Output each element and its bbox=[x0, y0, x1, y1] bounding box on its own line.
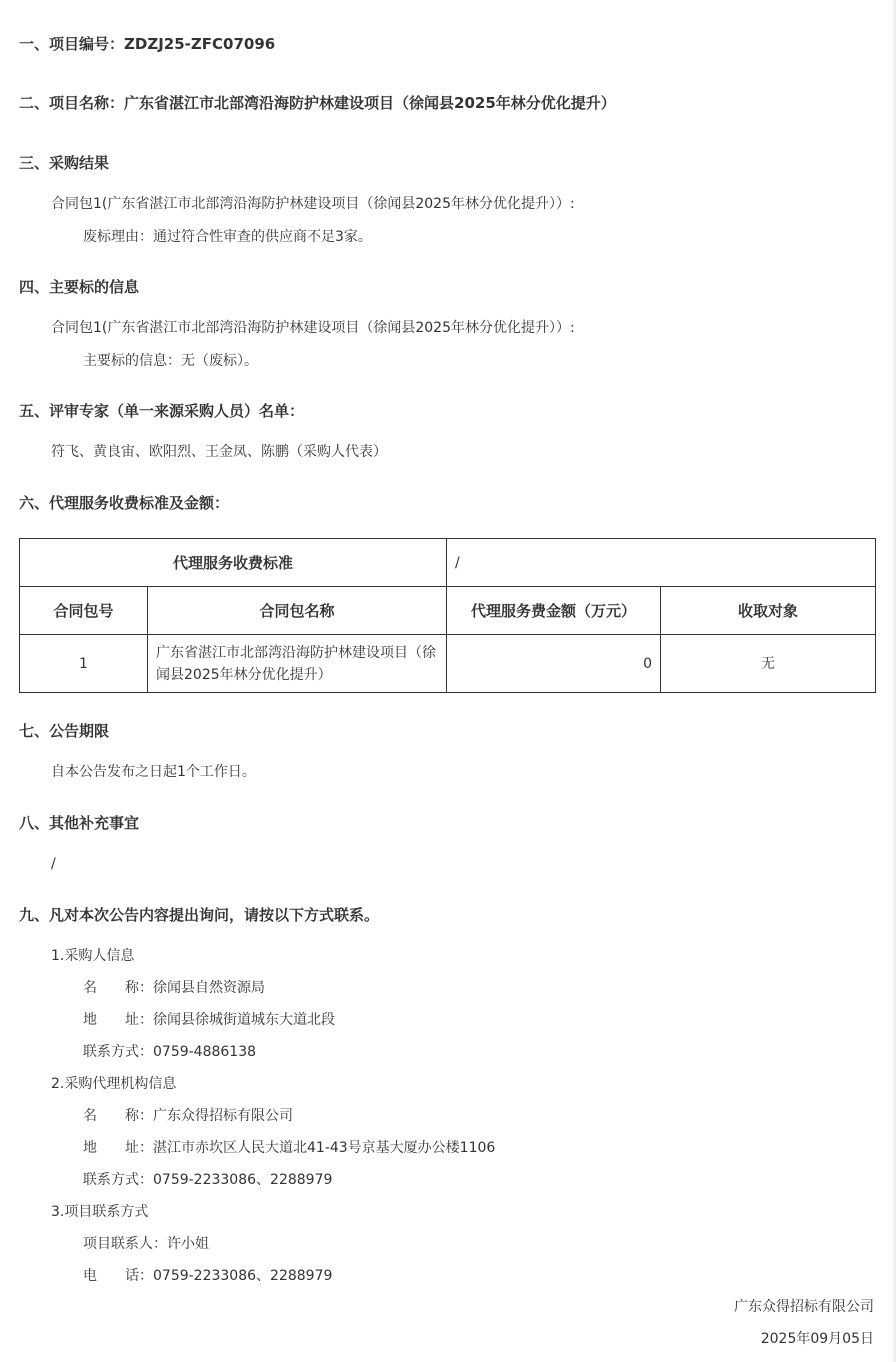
agency-address-row: 地 址：湛江市赤坎区人民大道北41-43号京基大厦办公楼1106 bbox=[83, 1138, 495, 1158]
footer-company: 广东众得招标有限公司 bbox=[734, 1297, 874, 1317]
agency-name-row: 名 称：广东众得招标有限公司 bbox=[83, 1106, 293, 1126]
purchaser-contact-label: 联系方式： bbox=[83, 1044, 153, 1060]
purchaser-address: 徐闻县徐城街道城东大道北段 bbox=[153, 1012, 335, 1028]
project-contact-phone-row: 电 话：0759-2233086、2288979 bbox=[83, 1266, 332, 1286]
agency-contact: 0759-2233086、2288979 bbox=[153, 1172, 332, 1188]
project-contact-person-label: 项目联系人： bbox=[83, 1236, 167, 1252]
project-contact-person-row: 项目联系人：许小姐 bbox=[83, 1234, 209, 1254]
procurement-result-heading: 三、采购结果 bbox=[19, 153, 109, 173]
purchaser-address-row: 地 址：徐闻县徐城街道城东大道北段 bbox=[83, 1010, 335, 1030]
fee-standard-value: / bbox=[447, 539, 876, 587]
header-payer: 收取对象 bbox=[661, 587, 876, 635]
agency-address-label: 地 址： bbox=[83, 1140, 153, 1156]
result-package-line: 合同包1(广东省湛江市北部湾沿海防护林建设项目（徐闻县2025年林分优化提升））… bbox=[51, 194, 575, 214]
fee-standard-row: 代理服务收费标准 / bbox=[20, 539, 876, 587]
subject-detail: 主要标的信息：无（废标）。 bbox=[83, 351, 258, 371]
main-subject-heading: 四、主要标的信息 bbox=[19, 277, 139, 297]
table-row: 1 广东省湛江市北部湾沿海防护林建设项目（徐闻县2025年林分优化提升） 0 无 bbox=[20, 635, 876, 693]
header-package-name: 合同包名称 bbox=[148, 587, 447, 635]
cell-payer: 无 bbox=[661, 635, 876, 693]
result-detail: 废标理由：通过符合性审查的供应商不足3家。 bbox=[83, 227, 372, 247]
contact-heading: 九、凡对本次公告内容提出询问，请按以下方式联系。 bbox=[19, 905, 379, 925]
header-fee-amount: 代理服务费金额（万元） bbox=[447, 587, 661, 635]
project-number-heading: 一、项目编号：ZDZJ25-ZFC07096 bbox=[19, 34, 275, 54]
fee-heading: 六、代理服务收费标准及金额： bbox=[19, 493, 229, 513]
agency-address: 湛江市赤坎区人民大道北41-43号京基大厦办公楼1106 bbox=[153, 1140, 495, 1156]
cell-fee: 0 bbox=[447, 635, 661, 693]
purchaser-name: 徐闻县自然资源局 bbox=[153, 980, 265, 996]
purchaser-name-label: 名 称： bbox=[83, 980, 153, 996]
purchaser-contact: 0759-4886138 bbox=[153, 1044, 256, 1060]
agency-title: 2.采购代理机构信息 bbox=[51, 1074, 176, 1094]
project-contact-person: 许小姐 bbox=[167, 1236, 209, 1252]
agency-name: 广东众得招标有限公司 bbox=[153, 1108, 293, 1124]
agency-contact-row: 联系方式：0759-2233086、2288979 bbox=[83, 1170, 332, 1190]
experts-names: 符飞、黄良宙、欧阳烈、王金凤、陈鹏（采购人代表） bbox=[51, 442, 387, 462]
purchaser-title: 1.采购人信息 bbox=[51, 946, 134, 966]
purchaser-name-row: 名 称：徐闻县自然资源局 bbox=[83, 978, 265, 998]
subject-package-line: 合同包1(广东省湛江市北部湾沿海防护林建设项目（徐闻县2025年林分优化提升））… bbox=[51, 318, 575, 338]
fee-table-header: 合同包号 合同包名称 代理服务费金额（万元） 收取对象 bbox=[20, 587, 876, 635]
footer-date: 2025年09月05日 bbox=[761, 1329, 874, 1349]
header-package-no: 合同包号 bbox=[20, 587, 148, 635]
fee-standard-label: 代理服务收费标准 bbox=[20, 539, 447, 587]
purchaser-address-label: 地 址： bbox=[83, 1012, 153, 1028]
project-contact-title: 3.项目联系方式 bbox=[51, 1202, 148, 1222]
project-contact-phone: 0759-2233086、2288979 bbox=[153, 1268, 332, 1284]
other-matters-heading: 八、其他补充事宜 bbox=[19, 813, 139, 833]
other-matters-text: / bbox=[51, 854, 56, 874]
agency-contact-label: 联系方式： bbox=[83, 1172, 153, 1188]
cell-package-name: 广东省湛江市北部湾沿海防护林建设项目（徐闻县2025年林分优化提升） bbox=[148, 635, 447, 693]
cell-package-no: 1 bbox=[20, 635, 148, 693]
notice-period-heading: 七、公告期限 bbox=[19, 721, 109, 741]
fee-table: 代理服务收费标准 / 合同包号 合同包名称 代理服务费金额（万元） 收取对象 1… bbox=[19, 538, 876, 693]
project-name-heading: 二、项目名称：广东省湛江市北部湾沿海防护林建设项目（徐闻县2025年林分优化提升… bbox=[19, 93, 616, 113]
project-contact-phone-label: 电 话： bbox=[83, 1268, 153, 1284]
agency-name-label: 名 称： bbox=[83, 1108, 153, 1124]
purchaser-contact-row: 联系方式：0759-4886138 bbox=[83, 1042, 256, 1062]
notice-period-text: 自本公告发布之日起1个工作日。 bbox=[51, 762, 256, 782]
experts-heading: 五、评审专家（单一来源采购人员）名单： bbox=[19, 401, 304, 421]
